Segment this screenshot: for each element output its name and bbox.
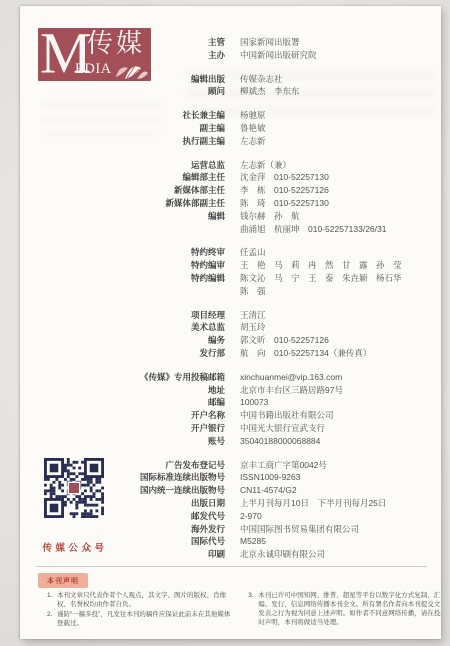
field-value: 北京永诚印刷有限公司 bbox=[240, 548, 325, 561]
field-label: 社长兼主编 bbox=[20, 109, 225, 122]
masthead-row: 开户银行中国光大银行宣武支行 bbox=[20, 422, 441, 435]
masthead-row: 顾问柳斌杰 李东东 bbox=[20, 85, 441, 98]
masthead-row: 《传媒》专用投稿邮箱xinchuanmei@vip.163.com bbox=[20, 371, 441, 384]
field-label: 编辑 bbox=[20, 210, 225, 223]
field-value: 国家新闻出版署 bbox=[240, 36, 300, 49]
field-label: 项目经理 bbox=[20, 309, 225, 322]
masthead-section: 主管国家新闻出版署主办中国新闻出版研究院 bbox=[20, 36, 441, 62]
masthead-row: 特约编审王 艳 马 莉 冉 然 甘 露 孙 莹 bbox=[20, 259, 441, 272]
note-number: 3. bbox=[248, 591, 258, 627]
masthead-section: 特约终审任孟山特约编审王 艳 马 莉 冉 然 甘 露 孙 莹特约编辑陈文沁 马 … bbox=[20, 246, 441, 297]
field-value: 陈文沁 马 宁 王 泰 朱垚颖 杨石华 bbox=[240, 272, 402, 285]
field-value: 胡玉玲 bbox=[240, 321, 266, 334]
field-label: 编务 bbox=[20, 334, 225, 347]
masthead-row: 主管国家新闻出版署 bbox=[20, 36, 441, 49]
notes-column-left: 1.本刊文章只代表作者个人观点，其文字、图片的版权、肖像权、名誉权均由作者自负。… bbox=[47, 591, 236, 629]
field-value: 沈金萍 010-52257130 bbox=[240, 171, 329, 184]
field-label: 执行副主编 bbox=[20, 135, 225, 148]
field-value: 京丰工商广字第0042号 bbox=[240, 459, 327, 472]
field-label: 运营总监 bbox=[20, 159, 225, 172]
field-value: 任孟山 bbox=[240, 246, 266, 259]
masthead-row: 主办中国新闻出版研究院 bbox=[20, 49, 441, 62]
field-value: ISSN1009-9263 bbox=[240, 471, 301, 484]
field-value: M5285 bbox=[240, 535, 266, 548]
masthead-row: 新媒体部副主任陈 琦 010-52257130 bbox=[20, 197, 441, 210]
field-value: 陈 强 bbox=[240, 285, 266, 298]
field-value: 杨驰原 bbox=[240, 109, 266, 122]
statement-note: 2.谨防“一稿多投”，凡发往本刊的稿件应保证此前未在其他媒体登载过。 bbox=[47, 610, 236, 628]
field-label: 特约编审 bbox=[20, 259, 225, 272]
notes-column-right: 3.本刊已许可中国知网、维普、超星等平台以数字化方式复制、汇编、发行、信息网络传… bbox=[248, 591, 441, 629]
field-value: 中国光大银行宣武支行 bbox=[240, 422, 325, 435]
field-label: 编辑部主任 bbox=[20, 171, 225, 184]
field-label: 地址 bbox=[20, 384, 225, 397]
field-value: xinchuanmei@vip.163.com bbox=[240, 371, 342, 384]
field-value: 王 艳 马 莉 冉 然 甘 露 孙 莹 bbox=[240, 259, 402, 272]
field-value: 柳斌杰 李东东 bbox=[240, 85, 300, 98]
field-label: 特约终审 bbox=[20, 246, 225, 259]
note-text: 本刊已许可中国知网、维普、超星等平台以数字化方式复制、汇编、发行、信息网络传播本… bbox=[258, 591, 441, 627]
note-text: 本刊文章只代表作者个人观点，其文字、图片的版权、肖像权、名誉权均由作者自负。 bbox=[57, 591, 236, 609]
magazine-colophon-page: M EDIA 传媒 主管国家新闻出版署主办中国新闻出版研究院编辑出版传媒杂志社顾… bbox=[20, 6, 441, 639]
masthead-row: 海外发行中国国际图书贸易集团有限公司 bbox=[20, 523, 441, 536]
masthead-row: 开户名称中国书籍出版社有限公司 bbox=[20, 409, 441, 422]
masthead-section: 项目经理王清江美术总监胡玉玲编务郭文昕 010-52257126发行部航 向 0… bbox=[20, 309, 441, 360]
masthead-row: 曲涌旭 杭丽坤 010-52257133/26/31 bbox=[20, 223, 441, 236]
masthead-row: 编务郭文昕 010-52257126 bbox=[20, 334, 441, 347]
masthead-row: 编辑出版传媒杂志社 bbox=[20, 73, 441, 86]
screenshot-root: { "page": {"background": "#e8e7e3", "pap… bbox=[0, 0, 450, 646]
field-label: 美术总监 bbox=[20, 321, 225, 334]
field-value: 中国书籍出版社有限公司 bbox=[240, 409, 334, 422]
field-value: 李 栋 010-52257126 bbox=[240, 184, 329, 197]
field-value: 2-970 bbox=[240, 510, 262, 523]
field-value: 中国国际图书贸易集团有限公司 bbox=[240, 523, 359, 536]
field-label: 开户名称 bbox=[20, 409, 225, 422]
masthead-row: 邮编100073 bbox=[20, 396, 441, 409]
statement-note: 1.本刊文章只代表作者个人观点，其文字、图片的版权、肖像权、名誉权均由作者自负。 bbox=[47, 591, 236, 609]
field-value: 中国新闻出版研究院 bbox=[240, 49, 317, 62]
field-value: 王清江 bbox=[240, 309, 266, 322]
footer-divider bbox=[36, 566, 427, 567]
field-label: 发行部 bbox=[20, 347, 225, 360]
field-label: 账号 bbox=[20, 435, 225, 448]
masthead-row: 账号35040188000068884 bbox=[20, 435, 441, 448]
note-number: 1. bbox=[47, 591, 57, 609]
field-value: 上半月刊每月10日 下半月刊每月25日 bbox=[240, 497, 386, 510]
field-value: 左志新 bbox=[240, 135, 266, 148]
masthead-section: 编辑出版传媒杂志社顾问柳斌杰 李东东 bbox=[20, 73, 441, 99]
field-label: 主管 bbox=[20, 36, 225, 49]
field-label: 副主编 bbox=[20, 122, 225, 135]
field-label: 海外发行 bbox=[20, 523, 225, 536]
masthead-row: 陈 强 bbox=[20, 285, 441, 298]
field-label: 特约编辑 bbox=[20, 272, 225, 285]
masthead-section: 运营总监左志新（兼）编辑部主任沈金萍 010-52257130新媒体部主任李 栋… bbox=[20, 159, 441, 236]
qr-code bbox=[44, 458, 104, 518]
note-text: 谨防“一稿多投”，凡发往本刊的稿件应保证此前未在其他媒体登载过。 bbox=[57, 610, 236, 628]
field-value: 陈 琦 010-52257130 bbox=[240, 197, 329, 210]
field-value: 左志新（兼） bbox=[240, 159, 291, 172]
field-label: 编辑出版 bbox=[20, 73, 225, 86]
qr-caption: 传媒公众号 bbox=[30, 540, 120, 554]
field-value: 曲涌旭 杭丽坤 010-52257133/26/31 bbox=[240, 223, 386, 236]
masthead-row: 社长兼主编杨驰原 bbox=[20, 109, 441, 122]
field-label: 主办 bbox=[20, 49, 225, 62]
field-value: 鲁艳敏 bbox=[240, 122, 266, 135]
field-label bbox=[20, 223, 225, 236]
masthead-row: 运营总监左志新（兼） bbox=[20, 159, 441, 172]
masthead-row: 副主编鲁艳敏 bbox=[20, 122, 441, 135]
masthead-row: 特约终审任孟山 bbox=[20, 246, 441, 259]
masthead-row: 美术总监胡玉玲 bbox=[20, 321, 441, 334]
field-label: 开户银行 bbox=[20, 422, 225, 435]
masthead-row: 新媒体部主任李 栋 010-52257126 bbox=[20, 184, 441, 197]
field-value: 35040188000068884 bbox=[240, 435, 320, 448]
statement-badge: 本刊声明 bbox=[38, 573, 88, 588]
masthead-row: 执行副主编左志新 bbox=[20, 135, 441, 148]
masthead-row: 特约编辑陈文沁 马 宁 王 泰 朱垚颖 杨石华 bbox=[20, 272, 441, 285]
statement-note: 3.本刊已许可中国知网、维普、超星等平台以数字化方式复制、汇编、发行、信息网络传… bbox=[248, 591, 441, 627]
masthead-row: 编辑钱尔赫 孙 航 bbox=[20, 210, 441, 223]
masthead-row: 地址北京市丰台区三路居路97号 bbox=[20, 384, 441, 397]
masthead-row: 发行部航 向 010-52257134（兼传真） bbox=[20, 347, 441, 360]
field-label: 新媒体部副主任 bbox=[20, 197, 225, 210]
field-value: CN11-4574/G2 bbox=[240, 484, 297, 497]
field-value: 100073 bbox=[240, 396, 268, 409]
field-label: 邮编 bbox=[20, 396, 225, 409]
field-label: 顾问 bbox=[20, 85, 225, 98]
field-value: 北京市丰台区三路居路97号 bbox=[240, 384, 343, 397]
masthead-row: 项目经理王清江 bbox=[20, 309, 441, 322]
masthead-section: 《传媒》专用投稿邮箱xinchuanmei@vip.163.com地址北京市丰台… bbox=[20, 371, 441, 448]
masthead-row: 编辑部主任沈金萍 010-52257130 bbox=[20, 171, 441, 184]
statement-notes: 1.本刊文章只代表作者个人观点，其文字、图片的版权、肖像权、名誉权均由作者自负。… bbox=[20, 591, 441, 629]
field-value: 郭文昕 010-52257126 bbox=[240, 334, 329, 347]
field-label: 《传媒》专用投稿邮箱 bbox=[20, 371, 225, 384]
field-value: 传媒杂志社 bbox=[240, 73, 283, 86]
field-value: 航 向 010-52257134（兼传真） bbox=[240, 347, 371, 360]
field-label bbox=[20, 285, 225, 298]
note-number: 2. bbox=[47, 610, 57, 628]
masthead-section: 社长兼主编杨驰原副主编鲁艳敏执行副主编左志新 bbox=[20, 109, 441, 147]
field-value: 钱尔赫 孙 航 bbox=[240, 210, 300, 223]
field-label: 新媒体部主任 bbox=[20, 184, 225, 197]
